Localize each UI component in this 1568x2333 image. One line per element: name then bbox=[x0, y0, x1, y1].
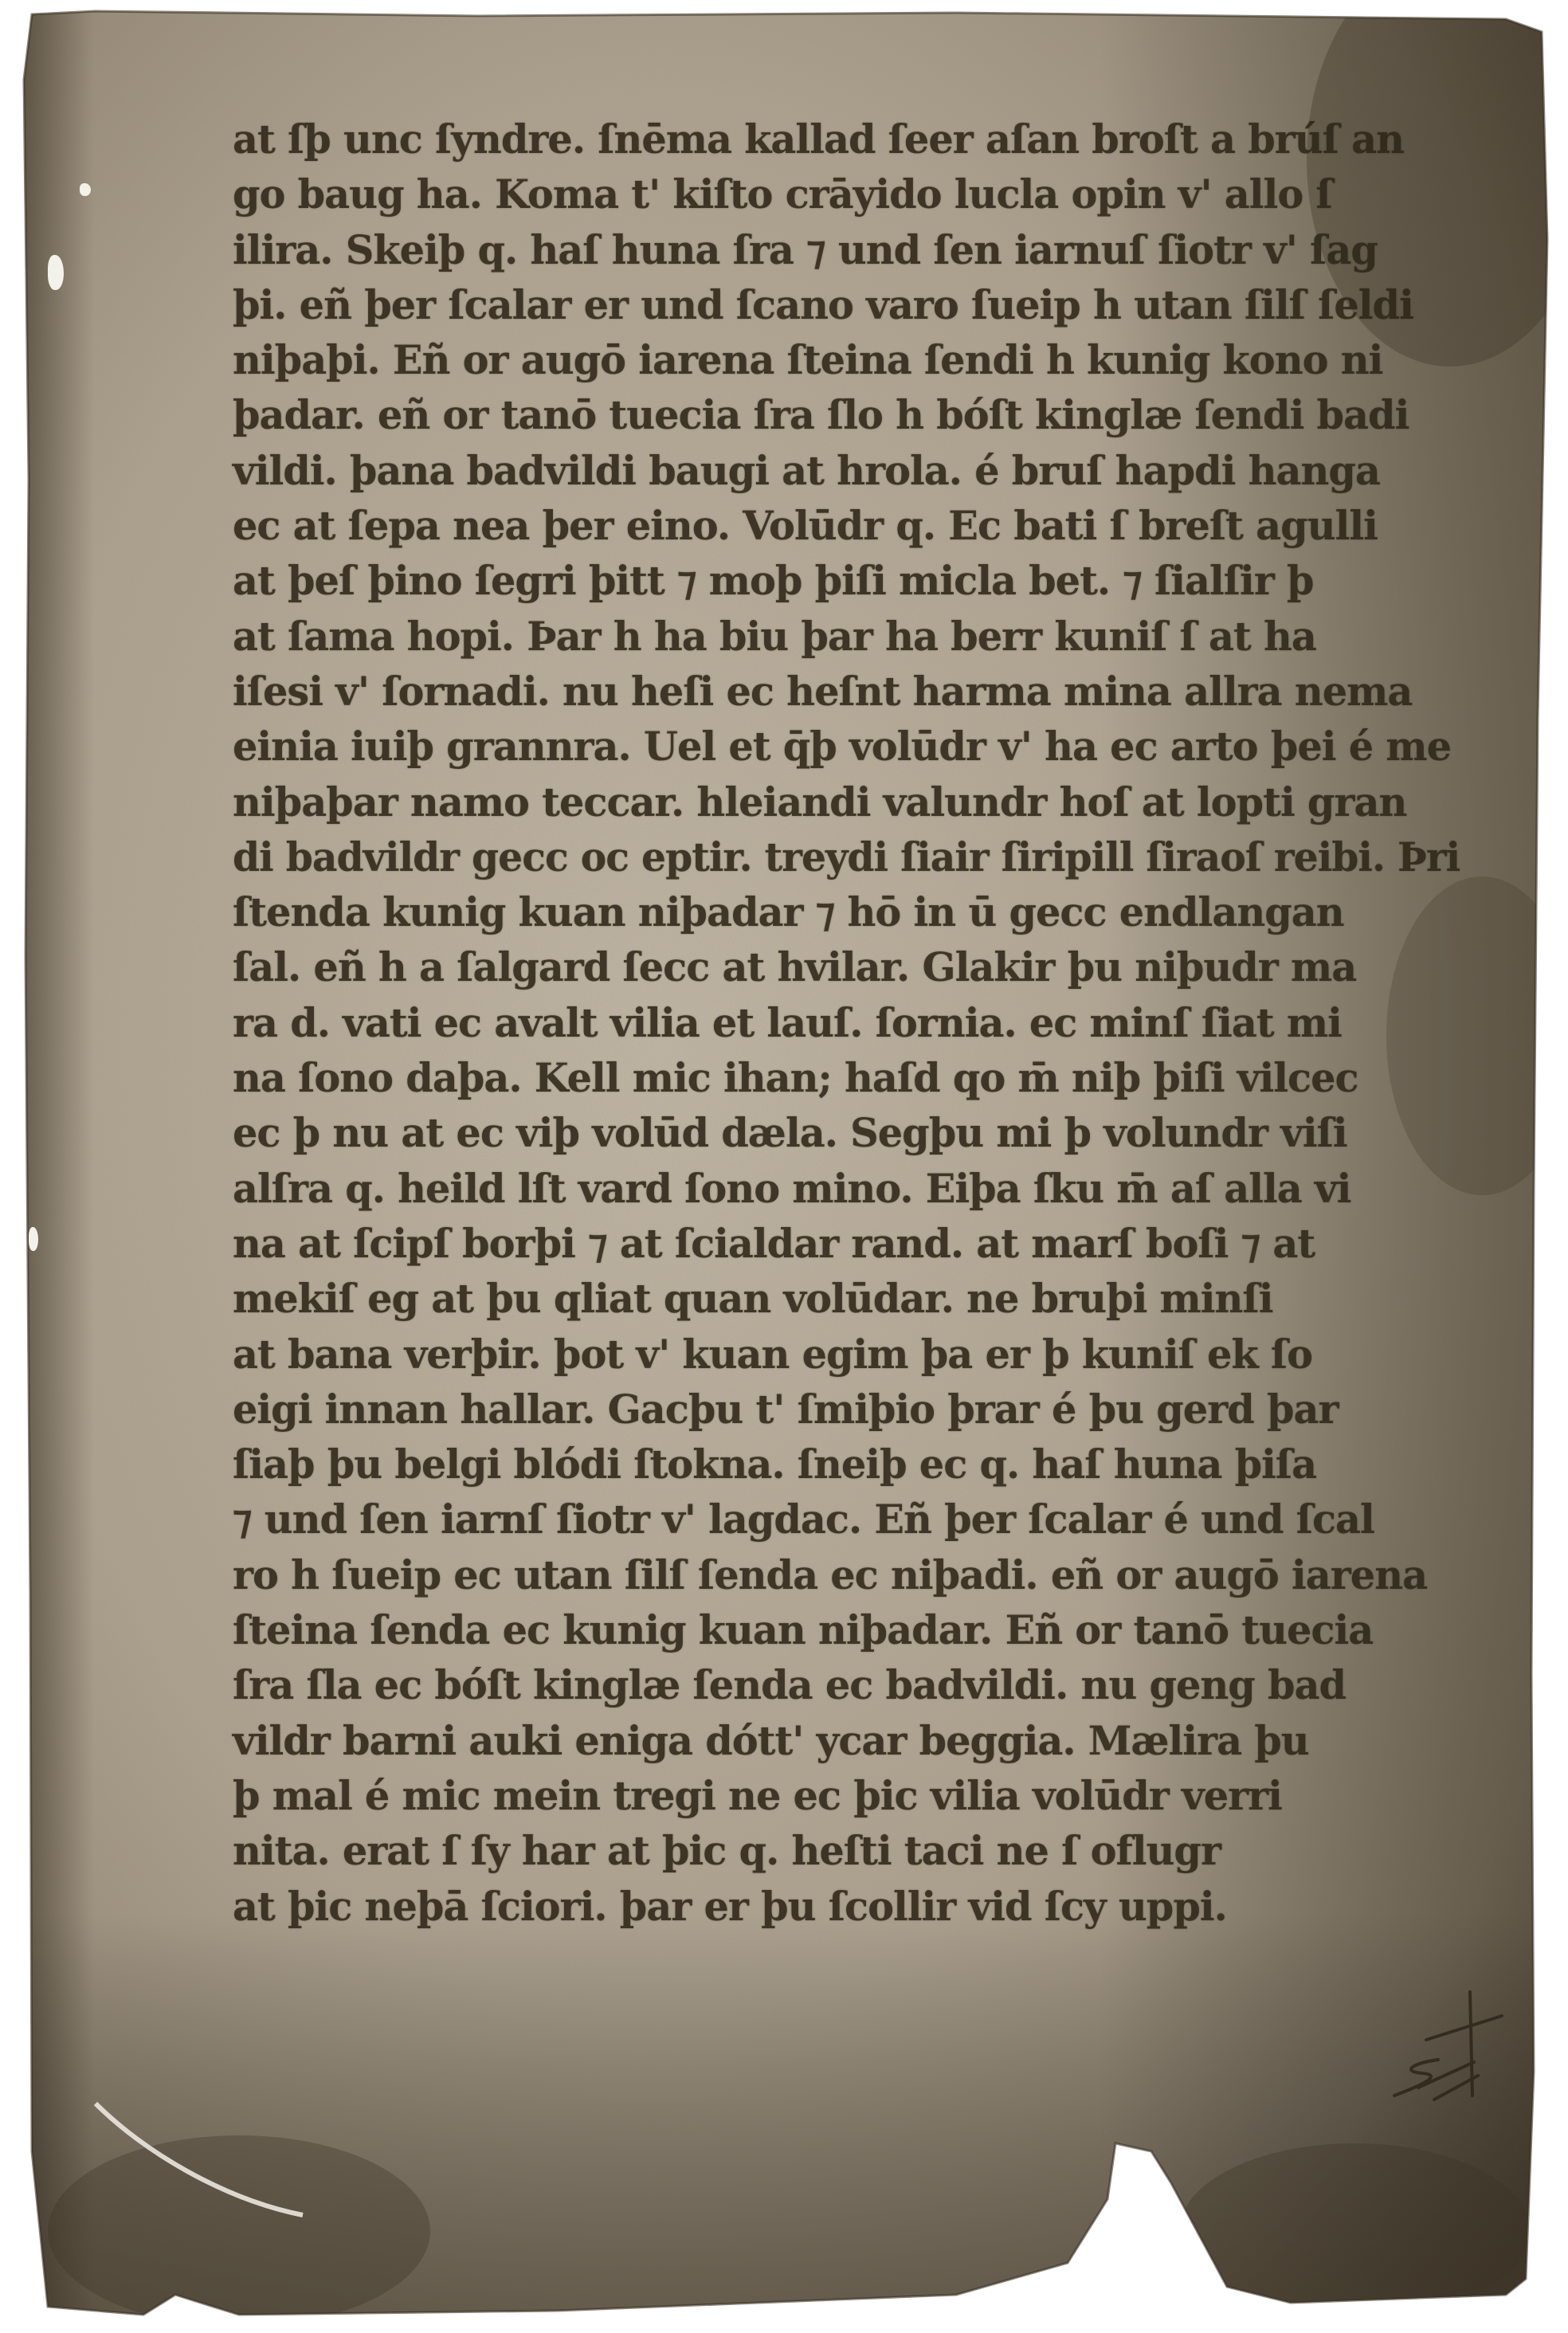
text-line: eigi innan hallar. Gacþu t' ſmiþio þrar … bbox=[233, 1382, 1460, 1437]
text-line: go baug ha. Koma t' kiſto crāyido lucla … bbox=[233, 167, 1460, 222]
text-line: ſal. eñ h a ſalgard ſecc at hvilar. Glak… bbox=[233, 939, 1460, 994]
vellum-hole bbox=[48, 255, 64, 290]
manuscript-text: at ſþ unc ſyndre. ſnēma kallad ſeer aſan… bbox=[233, 112, 1476, 1934]
text-line: ſra ſla ec bóſt kinglæ ſenda ec badvildi… bbox=[233, 1657, 1460, 1712]
text-line: vildr barni auki eniga dótt' ycar beggia… bbox=[233, 1713, 1460, 1768]
text-line: ſteina ſenda ec kunig kuan niþadar. Eñ o… bbox=[233, 1602, 1460, 1657]
manuscript-page: at ſþ unc ſyndre. ſnēma kallad ſeer aſan… bbox=[0, 0, 1568, 2333]
text-line: ⁊ und ſen iarnſ ſiotr v' lagdac. Eñ þer … bbox=[233, 1492, 1460, 1547]
text-line: ſtenda kunig kuan niþadar ⁊ hō in ū gecc… bbox=[233, 884, 1460, 939]
text-line: iſesi v' ſornadi. nu heſi ec heſnt harma… bbox=[233, 664, 1460, 719]
text-line: þ mal é mic mein tregi ne ec þic vilia v… bbox=[233, 1768, 1460, 1823]
text-line: at þeſ þino ſegri þitt ⁊ moþ þiſi micla … bbox=[233, 553, 1460, 608]
text-line: einia iuiþ grannra. Uel et q̄þ volūdr v'… bbox=[233, 719, 1460, 774]
text-line: ro h ſueip ec utan ſilſ ſenda ec niþadi.… bbox=[233, 1547, 1460, 1602]
text-line: na at ſcipſ borþi ⁊ at ſcialdar rand. at… bbox=[233, 1216, 1460, 1271]
text-line: at ſþ unc ſyndre. ſnēma kallad ſeer aſan… bbox=[233, 112, 1460, 167]
text-line: at ſama hopi. Þar h ha biu þar ha berr k… bbox=[233, 609, 1460, 664]
text-line: ec at ſepa nea þer eino. Volūdr q. Ec ba… bbox=[233, 498, 1460, 553]
vellum-hole bbox=[80, 183, 91, 196]
text-line: niþaþar namo teccar. hleiandi valundr ho… bbox=[233, 774, 1460, 829]
text-line: di badvildr gecc oc eptir. treydi ſiair … bbox=[233, 829, 1445, 884]
scribble-cross-mark-icon bbox=[1378, 1984, 1506, 2104]
text-line: niþaþi. Eñ or augō iarena ſteina ſendi h… bbox=[233, 332, 1460, 387]
text-line: at bana verþir. þot v' kuan egim þa er þ… bbox=[233, 1327, 1460, 1382]
text-line: ilira. Skeiþ q. haſ huna ſra ⁊ und ſen i… bbox=[233, 222, 1460, 277]
text-line: nita. erat ſ ſy har at þic q. heſti taci… bbox=[233, 1823, 1460, 1878]
text-line: alſra q. heild lſt vard ſono mino. Eiþa … bbox=[233, 1161, 1460, 1216]
text-line: vildi. þana badvildi baugi at hrola. é b… bbox=[233, 443, 1460, 498]
text-line: ec þ nu at ec viþ volūd dæla. Segþu mi þ… bbox=[233, 1105, 1460, 1160]
text-line: þadar. eñ or tanō tuecia ſra ſlo h bóſt … bbox=[233, 387, 1460, 442]
vellum-hole bbox=[29, 1227, 38, 1251]
text-line: ra d. vati ec avalt vilia et lauſ. ſorni… bbox=[233, 995, 1460, 1050]
text-line: þi. eñ þer ſcalar er und ſcano varo ſuei… bbox=[233, 277, 1460, 332]
text-line: na ſono daþa. Kell mic ihan; haſd qo m̄ … bbox=[233, 1050, 1460, 1105]
text-line: at þic neþā ſciori. þar er þu ſcollir vi… bbox=[233, 1879, 1460, 1934]
text-line: ſiaþ þu belgi blódi ſtokna. ſneiþ ec q. … bbox=[233, 1437, 1460, 1492]
text-line: mekiſ eg at þu qliat quan volūdar. ne br… bbox=[233, 1271, 1460, 1326]
